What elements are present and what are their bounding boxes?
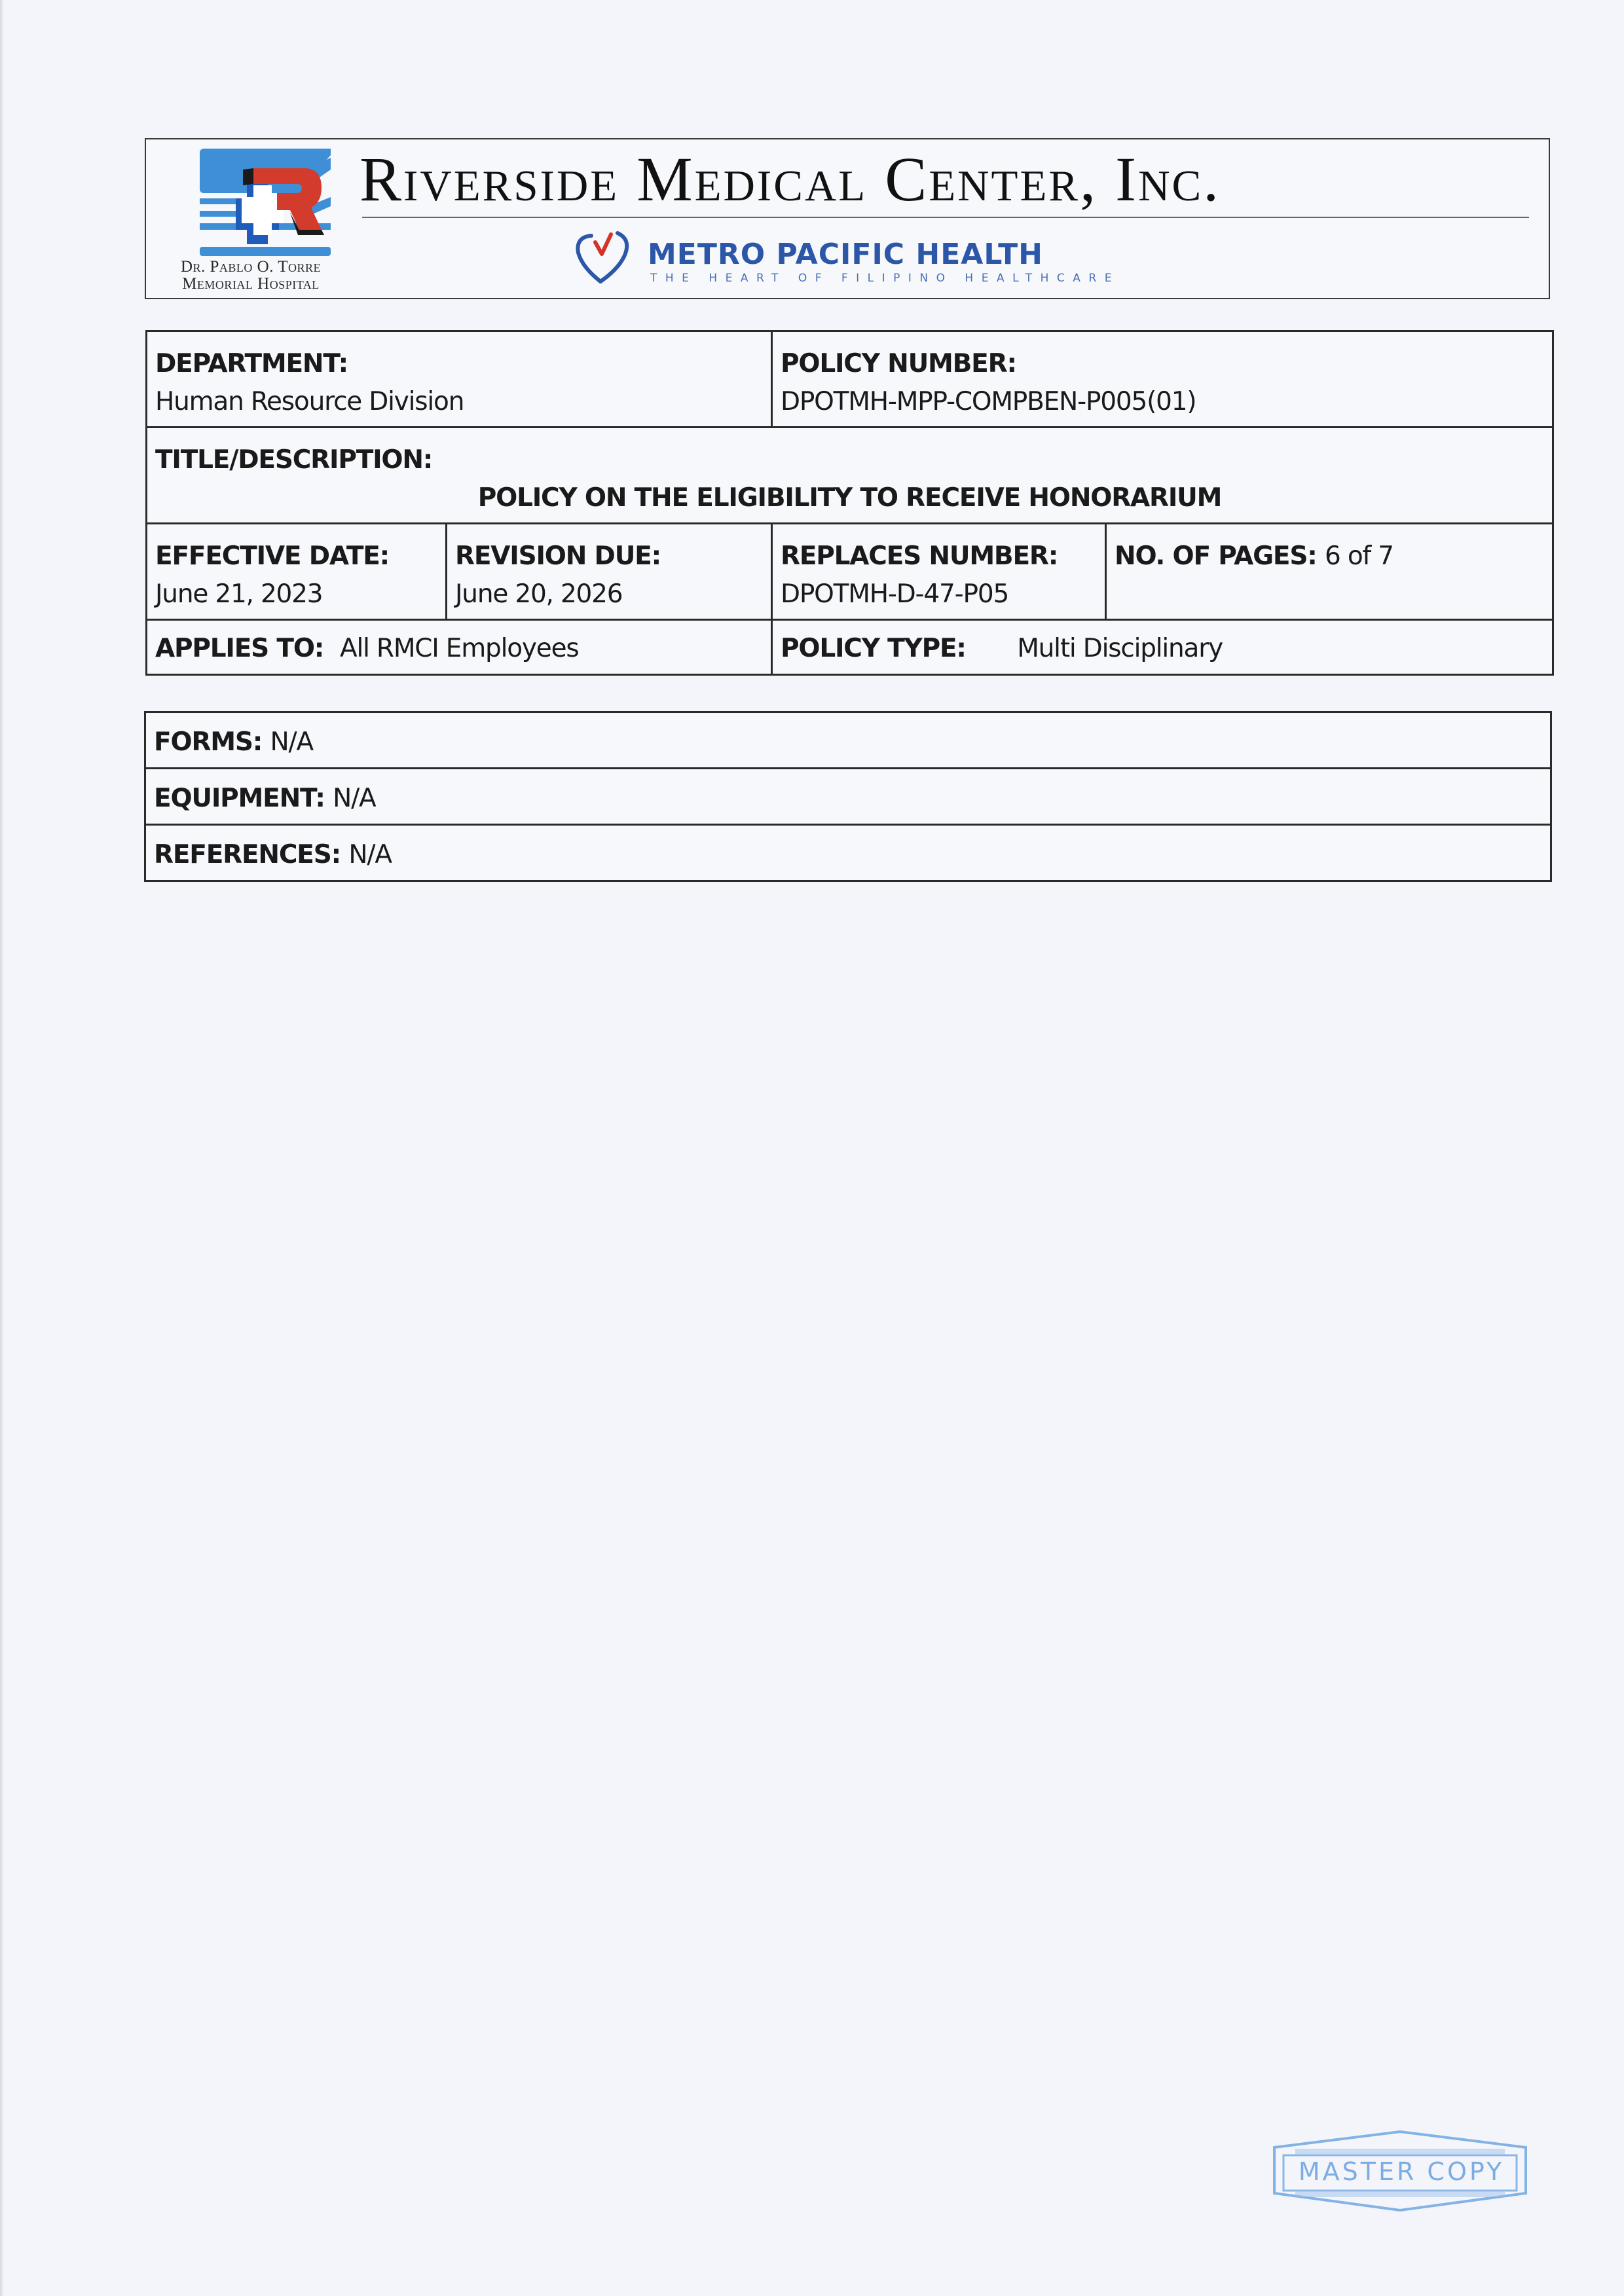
- department-label: DEPARTMENT:: [155, 345, 763, 383]
- revision-due-cell: REVISION DUE: June 20, 2026: [447, 524, 772, 620]
- policy-number-value: DPOTMH-MPP-COMPBEN-P005(01): [781, 383, 1544, 421]
- replaces-number-value: DPOTMH-D-47-P05: [781, 575, 1097, 613]
- revision-due-value: June 20, 2026: [455, 575, 763, 613]
- equipment-value: N/A: [333, 784, 375, 813]
- effective-date-value: June 21, 2023: [155, 575, 437, 613]
- department-value: Human Resource Division: [155, 383, 763, 421]
- logo-caption-line2: Memorial Hospital: [146, 276, 356, 293]
- applies-to-value: All RMCI Employees: [340, 634, 579, 663]
- rmc-logo-icon: [200, 147, 337, 259]
- forms-cell: FORMS: N/A: [145, 712, 1551, 769]
- effective-date-cell: EFFECTIVE DATE: June 21, 2023: [147, 524, 447, 620]
- policy-number-label: POLICY NUMBER:: [781, 345, 1544, 383]
- attachments-table: FORMS: N/A EQUIPMENT: N/A REFERENCES: N/…: [144, 711, 1552, 882]
- references-label: REFERENCES:: [154, 840, 341, 869]
- partner-tagline: THE HEART OF FILIPINO HEALTHCARE: [650, 272, 1120, 285]
- header-divider: [362, 217, 1529, 218]
- policy-type-label: POLICY TYPE:: [781, 634, 966, 663]
- page-edge: [0, 0, 4, 2296]
- effective-date-label: EFFECTIVE DATE:: [155, 538, 437, 575]
- policy-title: POLICY ON THE ELIGIBILITY TO RECEIVE HON…: [155, 479, 1544, 517]
- applies-to-label: APPLIES TO:: [155, 634, 323, 663]
- title-description-label: TITLE/DESCRIPTION:: [155, 441, 1544, 479]
- forms-value: N/A: [270, 727, 313, 757]
- logo-caption: Dr. Pablo O. Torre Memorial Hospital: [146, 259, 356, 293]
- replaces-number-label: REPLACES NUMBER:: [781, 538, 1097, 575]
- policy-info-table: DEPARTMENT: Human Resource Division POLI…: [145, 330, 1554, 676]
- references-cell: REFERENCES: N/A: [145, 825, 1551, 881]
- no-of-pages-cell: NO. OF PAGES: 6 of 7: [1106, 524, 1553, 620]
- references-value: N/A: [348, 840, 391, 869]
- department-cell: DEPARTMENT: Human Resource Division: [147, 331, 772, 428]
- forms-label: FORMS:: [154, 727, 262, 757]
- policy-type-cell: POLICY TYPE: Multi Disciplinary: [772, 620, 1553, 675]
- organization-name: Riverside Medical Center, Inc.: [360, 143, 1221, 215]
- partner-name: METRO PACIFIC HEALTH: [648, 239, 1043, 270]
- equipment-label: EQUIPMENT:: [154, 784, 325, 813]
- stamp-text: MASTER COPY: [1293, 2157, 1509, 2186]
- revision-due-label: REVISION DUE:: [455, 538, 763, 575]
- policy-number-cell: POLICY NUMBER: DPOTMH-MPP-COMPBEN-P005(0…: [772, 331, 1553, 428]
- letterhead: Dr. Pablo O. Torre Memorial Hospital Riv…: [145, 138, 1550, 299]
- equipment-cell: EQUIPMENT: N/A: [145, 769, 1551, 825]
- title-description-cell: TITLE/DESCRIPTION: POLICY ON THE ELIGIBI…: [147, 428, 1553, 524]
- no-of-pages-label: NO. OF PAGES:: [1115, 541, 1317, 571]
- replaces-number-cell: REPLACES NUMBER: DPOTMH-D-47-P05: [772, 524, 1106, 620]
- logo-caption-line1: Dr. Pablo O. Torre: [146, 259, 356, 276]
- policy-type-value: Multi Disciplinary: [1017, 634, 1223, 663]
- hospital-logo: [200, 147, 337, 259]
- heart-icon: [572, 228, 637, 287]
- no-of-pages-value: 6 of 7: [1325, 541, 1393, 571]
- applies-to-cell: APPLIES TO: All RMCI Employees: [147, 620, 772, 675]
